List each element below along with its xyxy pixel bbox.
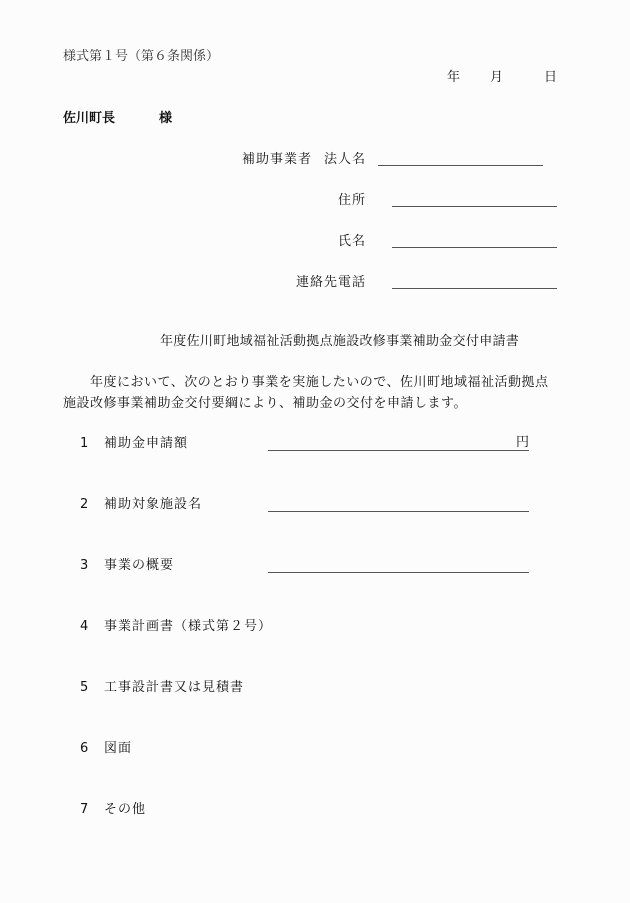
applicant-name-label: 氏名 (338, 235, 366, 248)
item-7-label: その他 (104, 803, 146, 816)
applicant-corp-name-label: 法人名 (324, 153, 366, 166)
addressee-name: 佐川町長 (63, 112, 115, 125)
document-title: 年度佐川町地域福祉活動拠点施設改修事業補助金交付申請書 (160, 335, 519, 348)
item-3-label: 事業の概要 (104, 559, 174, 572)
applicant-phone-label: 連絡先電話 (296, 276, 366, 289)
applicant-section-label: 補助事業者 (242, 153, 312, 166)
item-2-number: 2 (80, 498, 88, 511)
applicant-address-label: 住所 (338, 194, 366, 207)
applicant-address-field[interactable] (392, 206, 557, 207)
item-5-number: 5 (80, 681, 88, 694)
item-6-label: 図面 (104, 742, 132, 755)
form-number: 様式第１号（第６条関係） (63, 50, 219, 63)
date-year-label: 年 (447, 71, 460, 84)
item-2-facility-field[interactable] (268, 511, 529, 512)
item-5-label: 工事設計書又は見積書 (104, 681, 244, 694)
body-line-1: 年度において、次のとおり事業を実施したいので、佐川町地域福祉活動拠点 (90, 376, 548, 389)
applicant-name-field[interactable] (392, 247, 557, 248)
item-4-number: 4 (80, 620, 88, 633)
item-1-yen-suffix: 円 (516, 436, 529, 449)
date-month-label: 月 (490, 71, 503, 84)
applicant-phone-field[interactable] (392, 288, 557, 289)
item-1-number: 1 (80, 437, 88, 450)
item-3-summary-field[interactable] (268, 572, 529, 573)
applicant-corp-name-field[interactable] (378, 165, 543, 166)
item-4-label: 事業計画書（様式第２号） (104, 620, 272, 633)
item-6-number: 6 (80, 742, 88, 755)
item-7-number: 7 (80, 803, 88, 816)
date-day-label: 日 (544, 71, 557, 84)
addressee-honorific: 様 (159, 112, 172, 125)
item-1-label: 補助金申請額 (104, 437, 188, 450)
item-3-number: 3 (80, 559, 88, 572)
item-2-label: 補助対象施設名 (104, 498, 202, 511)
body-line-2: 施設改修事業補助金交付要綱により、補助金の交付を申請します。 (63, 397, 467, 410)
item-1-amount-field[interactable] (268, 450, 529, 451)
